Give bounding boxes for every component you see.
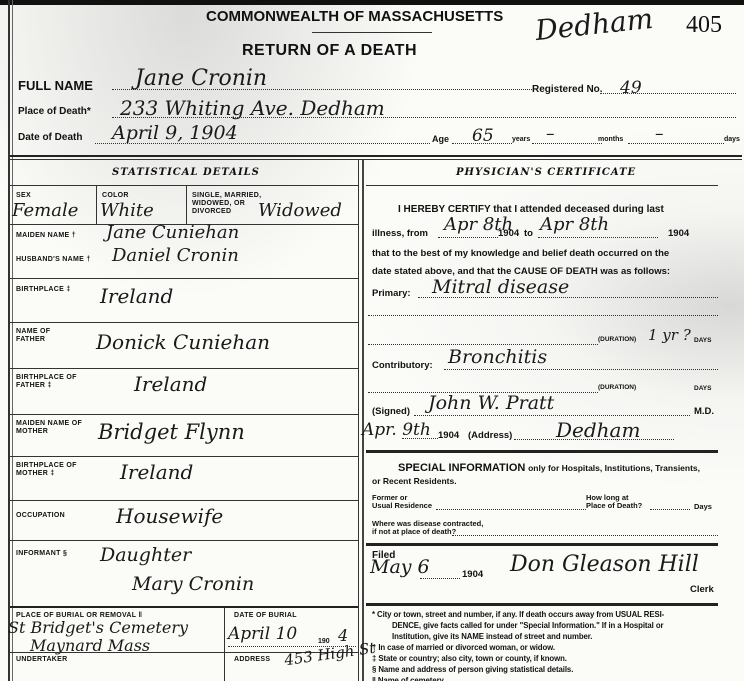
clerk-label: Clerk <box>690 584 714 595</box>
page-title: RETURN OF A DEATH <box>242 42 417 60</box>
signed-date-value: Apr. 9th <box>362 420 431 440</box>
left-border <box>8 0 10 681</box>
father-birthplace-value: Ireland <box>134 372 207 396</box>
from-date-line <box>438 237 498 238</box>
how-long-field[interactable] <box>650 509 690 510</box>
how-long-label: How long at Place of Death? <box>586 494 642 510</box>
footnote-married: † In case of married or divorced woman, … <box>372 642 555 653</box>
burial-date-value: April 10 <box>228 624 297 644</box>
former-residence-label-2: Usual Residence <box>372 502 432 510</box>
sex-value: Female <box>12 200 78 221</box>
age-label: Age <box>432 134 449 144</box>
page-number: 405 <box>686 12 722 39</box>
registered-no-value: 49 <box>620 78 642 98</box>
burial-place-value-1: St Bridget's Cemetery <box>8 618 188 637</box>
former-residence-label: Former or Usual Residence <box>372 494 432 510</box>
row-rule-3 <box>10 322 358 323</box>
left-border-inner <box>12 0 13 681</box>
md-label: M.D. <box>694 406 714 417</box>
row-rule-7 <box>10 500 358 501</box>
days-label: days <box>724 136 740 143</box>
illness-to-year: 1904 <box>668 228 689 239</box>
burial-date-label: DATE OF BURIAL <box>234 612 297 620</box>
maiden-name-value: Jane Cuniehan <box>106 222 239 243</box>
signed-label: (Signed) <box>372 406 410 417</box>
full-name-label: FULL NAME <box>18 78 93 93</box>
mother-name-value: Bridget Flynn <box>98 420 245 444</box>
primary-cause-value: Mitral disease <box>432 276 569 298</box>
illness-from-label: illness, from <box>372 228 428 239</box>
father-name-value: Donick Cuniehan <box>96 330 270 354</box>
special-info-title: SPECIAL INFORMATION <box>398 462 525 474</box>
filed-section-rule <box>366 543 718 546</box>
contributory-duration-days: DAYS <box>694 385 711 392</box>
address-label: (Address) <box>468 430 512 441</box>
burial-section-rule <box>10 606 358 608</box>
disease-contracted-field[interactable] <box>452 535 718 536</box>
clerk-signature: Don Gleason Hill <box>510 552 699 577</box>
husband-name-value: Daniel Cronin <box>112 245 239 266</box>
filed-date-line <box>420 578 460 579</box>
heading-rule <box>312 32 432 33</box>
contributory-cause-label: Contributory: <box>372 360 433 371</box>
filed-date-value: May 6 <box>370 556 430 578</box>
husband-name-label: HUSBAND'S NAME † <box>16 256 91 264</box>
state-heading: COMMONWEALTH OF MASSACHUSETTS <box>206 8 503 25</box>
physician-section-rule <box>366 450 718 453</box>
sex-color-divider <box>96 186 97 224</box>
header-divider <box>10 155 742 157</box>
color-value: White <box>100 200 154 221</box>
special-info-subtitle: only for Hospitals, Institutions, Transi… <box>528 463 700 473</box>
marital-label: SINGLE, MARRIED, WIDOWED, OR DIVORCED <box>192 192 262 216</box>
informant-name-value: Mary Cronin <box>132 573 254 595</box>
age-months-value: – <box>546 124 555 144</box>
special-info-subtitle-2: or Recent Residents. <box>372 476 457 486</box>
statement-line-1: that to the best of my knowledge and bel… <box>372 248 669 259</box>
footnote-place: * City or town, street and number, if an… <box>372 609 664 620</box>
footnote-rule <box>366 603 718 606</box>
footnote-place-2: DENCE, give facts called for under "Spec… <box>392 620 663 631</box>
stat-title-rule <box>10 185 358 186</box>
burial-year-prefix: 190 <box>318 638 330 645</box>
filed-year: 1904 <box>462 569 483 580</box>
signed-date-line <box>402 438 438 439</box>
primary-cause-label: Primary: <box>372 288 411 299</box>
father-birthplace-label: BIRTHPLACE OF FATHER ‡ <box>16 374 86 390</box>
how-long-days-label: Days <box>694 502 712 511</box>
date-of-death-value: April 9, 1904 <box>112 122 238 144</box>
color-label: COLOR <box>102 192 129 200</box>
physician-signature: John W. Pratt <box>428 392 554 414</box>
signed-line <box>414 415 690 416</box>
occupation-label: OCCUPATION <box>16 512 65 520</box>
days-line <box>628 143 724 144</box>
date-of-death-label: Date of Death <box>18 132 82 143</box>
primary-duration-days: DAYS <box>694 337 711 344</box>
certify-intro: I HEREBY CERTIFY that I attended decease… <box>398 204 664 215</box>
registered-label: Registered No. <box>532 84 603 95</box>
mother-birthplace-value: Ireland <box>120 460 193 484</box>
town-annotation: Dedham <box>534 2 655 47</box>
illness-from-year: 1904 <box>498 228 519 239</box>
undertaker-label: UNDERTAKER <box>16 656 67 664</box>
to-date-line <box>538 237 658 238</box>
footnote-birthplace: ‡ State or country; also city, town or c… <box>372 653 567 664</box>
disease-contracted-label: Where was disease contracted, if not at … <box>372 520 483 536</box>
months-label: months <box>598 136 623 143</box>
primary-duration-line <box>368 344 598 345</box>
row-rule-5 <box>10 414 358 415</box>
contributory-cause-value: Bronchitis <box>448 346 547 368</box>
place-of-death-value: 233 Whiting Ave. Dedham <box>120 96 385 120</box>
occupation-value: Housewife <box>116 504 223 528</box>
months-line <box>532 143 602 144</box>
illness-to-label: to <box>524 228 533 239</box>
place-marker: * <box>87 106 91 117</box>
marital-value: Widowed <box>258 200 342 221</box>
place-label-text: Place of Death <box>18 106 87 117</box>
special-info-heading: SPECIAL INFORMATION only for Hospitals, … <box>398 462 700 474</box>
informant-label: INFORMANT § <box>16 550 67 558</box>
former-residence-field[interactable] <box>436 509 586 510</box>
maiden-name-label: MAIDEN NAME † <box>16 232 76 240</box>
row-rule-2 <box>10 278 358 279</box>
footnote-informant: § Name and address of person giving stat… <box>372 664 573 675</box>
how-long-label-2: Place of Death? <box>586 502 642 510</box>
footnote-place-3: Institution, give its NAME instead of st… <box>392 631 592 642</box>
contributory-line <box>444 369 718 370</box>
death-record-page: COMMONWEALTH OF MASSACHUSETTS RETURN OF … <box>0 0 744 681</box>
age-years-value: 65 <box>472 126 494 146</box>
contributory-duration-label: (DURATION) <box>598 384 636 391</box>
undertaker-address-label: ADDRESS <box>234 656 270 664</box>
primary-line-2 <box>368 315 718 316</box>
physician-title-rule <box>366 185 718 186</box>
physician-address-value: Dedham <box>556 418 640 442</box>
mother-name-label: MAIDEN NAME OF MOTHER <box>16 420 96 436</box>
burial-column-divider <box>224 608 225 681</box>
color-marital-divider <box>186 186 187 224</box>
sex-label: SEX <box>16 192 31 200</box>
place-of-death-label: Place of Death* <box>18 106 91 117</box>
birthplace-value: Ireland <box>100 284 173 308</box>
birthplace-label: BIRTHPLACE ‡ <box>16 286 71 294</box>
physician-certificate-title: PHYSICIAN'S CERTIFICATE <box>456 167 636 178</box>
row-rule-6 <box>10 456 358 457</box>
footnote-cemetery: ‖ Name of cemetery. <box>372 675 445 681</box>
column-divider <box>358 160 359 681</box>
father-name-label: NAME OF FATHER <box>16 328 76 344</box>
row-rule-4 <box>10 368 358 369</box>
years-label: years <box>512 136 530 143</box>
statistical-details-title: STATISTICAL DETAILS <box>112 167 260 178</box>
header-divider-2 <box>10 159 742 160</box>
row-rule-8 <box>10 540 358 541</box>
signed-year: 1904 <box>438 430 459 441</box>
mother-birthplace-label: BIRTHPLACE OF MOTHER ‡ <box>16 462 86 478</box>
full-name-value: Jane Cronin <box>135 66 267 91</box>
primary-duration-label: (DURATION) <box>598 336 636 343</box>
informant-relation-value: Daughter <box>100 544 191 566</box>
illness-to-date: Apr 8th <box>540 214 609 235</box>
age-days-value: – <box>655 124 664 144</box>
primary-duration-value: 1 yr ? <box>648 326 691 344</box>
